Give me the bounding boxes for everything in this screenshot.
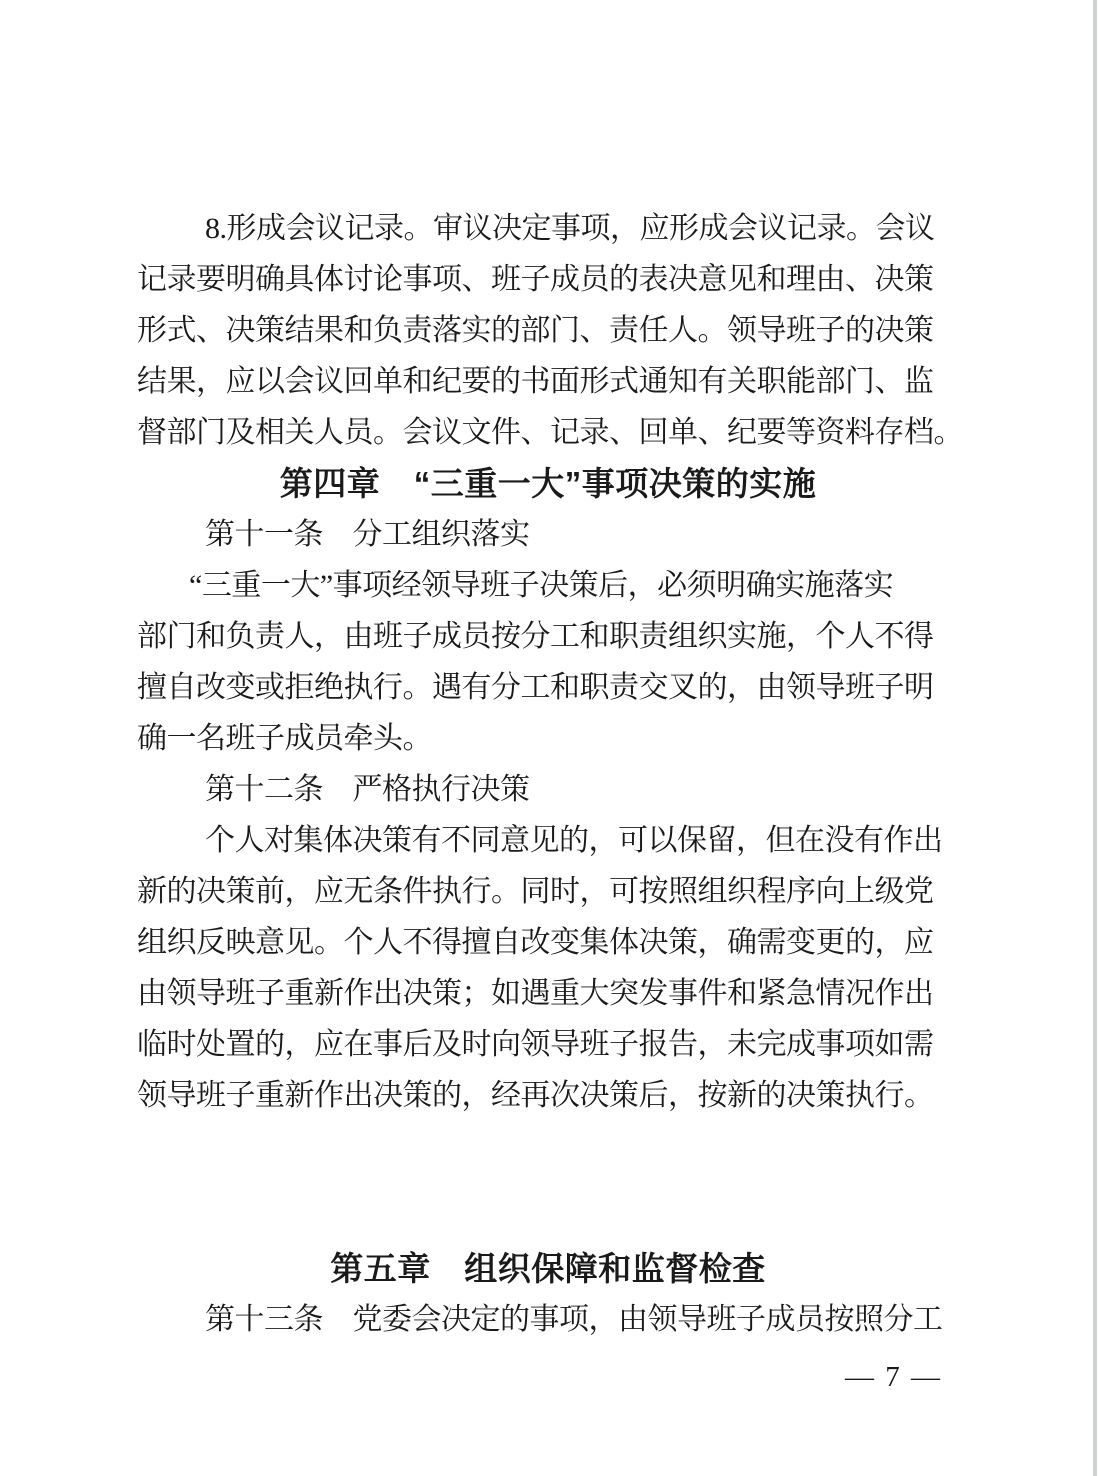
paragraph3-line1: 个人对集体决策有不同意见的，可以保留，但在没有作出: [137, 815, 959, 866]
article12-heading: 第十二条 严格执行决策: [137, 764, 959, 815]
paragraph3-line5: 临时处置的，应在事后及时向领导班子报告，未完成事项如需: [137, 1019, 959, 1070]
paragraph3-line6: 领导班子重新作出决策的，经再次决策后，按新的决策执行。: [137, 1070, 959, 1121]
paragraph3-line2: 新的决策前，应无条件执行。同时，可按照组织程序向上级党: [137, 866, 959, 917]
chapter4-heading: 第四章 “三重一大”事项决策的实施: [137, 458, 959, 509]
document-page: 8.形成会议记录。审议决定事项，应形成会议记录。会议 记录要明确具体讨论事项、班…: [0, 0, 1098, 1476]
article11-heading: 第十一条 分工组织落实: [137, 509, 959, 560]
paragraph1-line4: 结果，应以会议回单和纪要的书面形式通知有关职能部门、监: [137, 356, 959, 407]
paragraph1-line2: 记录要明确具体讨论事项、班子成员的表决意见和理由、决策: [137, 254, 959, 305]
chapter5-heading: 第五章 组织保障和监督检查: [137, 1243, 959, 1294]
paragraph2-line3: 擅自改变或拒绝执行。遇有分工和职责交叉的，由领导班子明: [137, 662, 959, 713]
paragraph2-line2: 部门和负责人，由班子成员按分工和职责组织实施，个人不得: [137, 611, 959, 662]
paragraph1-line1: 8.形成会议记录。审议决定事项，应形成会议记录。会议: [137, 203, 959, 254]
paragraph3-line3: 组织反映意见。个人不得擅自改变集体决策，确需变更的，应: [137, 917, 959, 968]
document-body: 8.形成会议记录。审议决定事项，应形成会议记录。会议 记录要明确具体讨论事项、班…: [137, 203, 959, 1345]
scan-edge: [1093, 0, 1097, 1476]
article13-heading: 第十三条 党委会决定的事项，由领导班子成员按照分工: [137, 1294, 959, 1345]
page-number: — 7 —: [0, 1357, 942, 1397]
paragraph2-line4: 确一名班子成员牵头。: [137, 713, 959, 764]
paragraph2-line1: “三重一大”事项经领导班子决策后，必须明确实施落实: [137, 560, 959, 611]
paragraph3-line4: 由领导班子重新作出决策；如遇重大突发事件和紧急情况作出: [137, 968, 959, 1019]
paragraph1-line3: 形式、决策结果和负责落实的部门、责任人。领导班子的决策: [137, 305, 959, 356]
paragraph1-line5: 督部门及相关人员。会议文件、记录、回单、纪要等资料存档。: [137, 407, 959, 458]
section-gap: [137, 1121, 959, 1243]
